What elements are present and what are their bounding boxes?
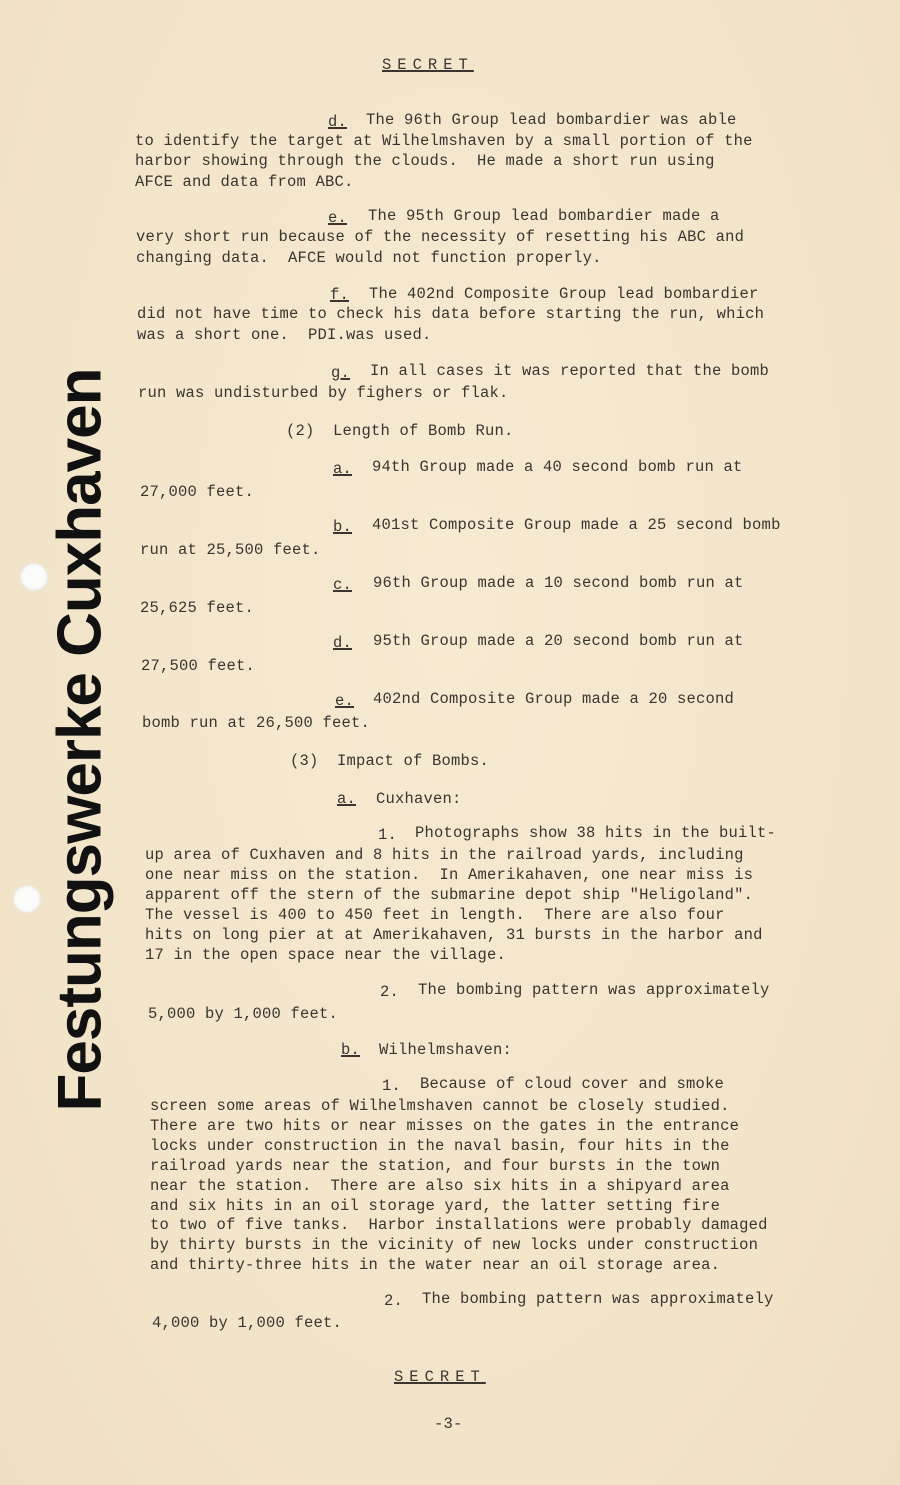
para-e-line: The 95th Group lead bombardier made a	[368, 207, 720, 225]
para-d-label: d.	[328, 113, 347, 131]
run-item-line: 27,500 feet.	[141, 657, 255, 675]
para-e-line: changing data. AFCE would not function p…	[136, 249, 602, 267]
section-3-number: (3)	[290, 752, 319, 770]
cuxhaven-p1-line: The vessel is 400 to 450 feet in length.…	[145, 906, 725, 924]
cuxhaven-p1-line: 17 in the open space near the village.	[145, 946, 506, 964]
cuxhaven-p1-line: hits on long pier at at Amerikahaven, 31…	[145, 926, 763, 944]
wilhelmshaven-p1-line: and thirty-three hits in the water near …	[150, 1256, 720, 1274]
wilhelmshaven-p1-line: and six hits in an oil storage yard, the…	[150, 1197, 720, 1215]
wilhelmshaven-p1-line: locks under construction in the naval ba…	[150, 1137, 730, 1155]
cuxhaven-p2-num: 2.	[380, 983, 399, 1001]
run-item-line: 96th Group made a 10 second bomb run at	[373, 574, 744, 592]
run-item-line: 95th Group made a 20 second bomb run at	[373, 632, 744, 650]
run-item-label: c.	[333, 576, 352, 594]
para-f-line: was a short one. PDI.was used.	[137, 326, 432, 344]
run-item-line: run at 25,500 feet.	[140, 541, 321, 559]
cuxhaven-p1-line: apparent off the stern of the submarine …	[145, 886, 753, 904]
header-classification: SECRET	[382, 56, 474, 74]
wilhelmshaven-p1-line: to two of five tanks. Harbor installatio…	[150, 1216, 768, 1234]
para-d-line: AFCE and data from ABC.	[135, 173, 354, 191]
wilhelmshaven-p1-line: Because of cloud cover and smoke	[420, 1075, 724, 1093]
para-e-label: e.	[328, 209, 347, 227]
cuxhaven-p1-line: one near miss on the station. In Amerika…	[145, 866, 753, 884]
para-e-line: very short run because of the necessity …	[136, 228, 744, 246]
wilhelmshaven-p1-line: There are two hits or near misses on the…	[150, 1117, 739, 1135]
wilhelmshaven-p1-line: by thirty bursts in the vicinity of new …	[150, 1236, 758, 1254]
wilhelmshaven-p1-line: railroad yards near the station, and fou…	[150, 1157, 720, 1175]
run-item-line: 402nd Composite Group made a 20 second	[373, 690, 734, 708]
cuxhaven-p2-line: 5,000 by 1,000 feet.	[148, 1005, 338, 1023]
wilhelmshaven-p1-line: screen some areas of Wilhelmshaven canno…	[150, 1097, 730, 1115]
para-f-line: did not have time to check his data befo…	[137, 305, 764, 323]
run-item-line: bomb run at 26,500 feet.	[142, 714, 370, 732]
run-item-label: e.	[335, 692, 354, 710]
para-f-line: The 402nd Composite Group lead bombardie…	[369, 285, 759, 303]
punch-hole-bottom	[13, 885, 41, 913]
para-g-line: In all cases it was reported that the bo…	[370, 362, 769, 380]
archive-stamp: Festungswerke Cuxhaven	[45, 369, 116, 1112]
wilhelmshaven-p2-num: 2.	[384, 1292, 403, 1310]
wilhelmshaven-p1-line: near the station. There are also six hit…	[150, 1177, 730, 1195]
wilhelmshaven-p2-line: 4,000 by 1,000 feet.	[152, 1314, 342, 1332]
run-item-line: 25,625 feet.	[140, 599, 254, 617]
run-item-line: 94th Group made a 40 second bomb run at	[372, 458, 743, 476]
para-d-line: harbor showing through the clouds. He ma…	[135, 152, 715, 170]
section-2-number: (2)	[286, 422, 315, 440]
cuxhaven-title: Cuxhaven:	[376, 790, 462, 808]
cuxhaven-p1-line: up area of Cuxhaven and 8 hits in the ra…	[145, 846, 744, 864]
cuxhaven-p1-line: Photographs show 38 hits in the built-	[415, 824, 776, 842]
cuxhaven-p1-num: 1.	[378, 826, 397, 844]
para-g-line: run was undisturbed by fighers or flak.	[138, 384, 509, 402]
cuxhaven-p2-line: The bombing pattern was approximately	[418, 981, 770, 999]
run-item-label: a.	[333, 460, 352, 478]
para-f-label: f.	[330, 286, 349, 304]
run-item-label: b.	[333, 518, 352, 536]
wilhelmshaven-label: b.	[341, 1041, 360, 1059]
para-g-label: g.	[331, 364, 350, 382]
run-item-line: 401st Composite Group made a 25 second b…	[372, 516, 781, 534]
para-d-line: to identify the target at Wilhelmshaven …	[135, 132, 753, 150]
footer-classification: SECRET	[394, 1368, 486, 1386]
run-item-line: 27,000 feet.	[140, 483, 254, 501]
para-d-line: The 96th Group lead bombardier was able	[366, 111, 737, 129]
section-2-title: Length of Bomb Run.	[333, 422, 514, 440]
wilhelmshaven-p1-num: 1.	[382, 1077, 401, 1095]
run-item-label: d.	[333, 634, 352, 652]
wilhelmshaven-title: Wilhelmshaven:	[379, 1041, 512, 1059]
cuxhaven-label: a.	[337, 790, 356, 808]
wilhelmshaven-p2-line: The bombing pattern was approximately	[422, 1290, 774, 1308]
section-3-title: Impact of Bombs.	[337, 752, 489, 770]
page-number: -3-	[434, 1415, 463, 1433]
